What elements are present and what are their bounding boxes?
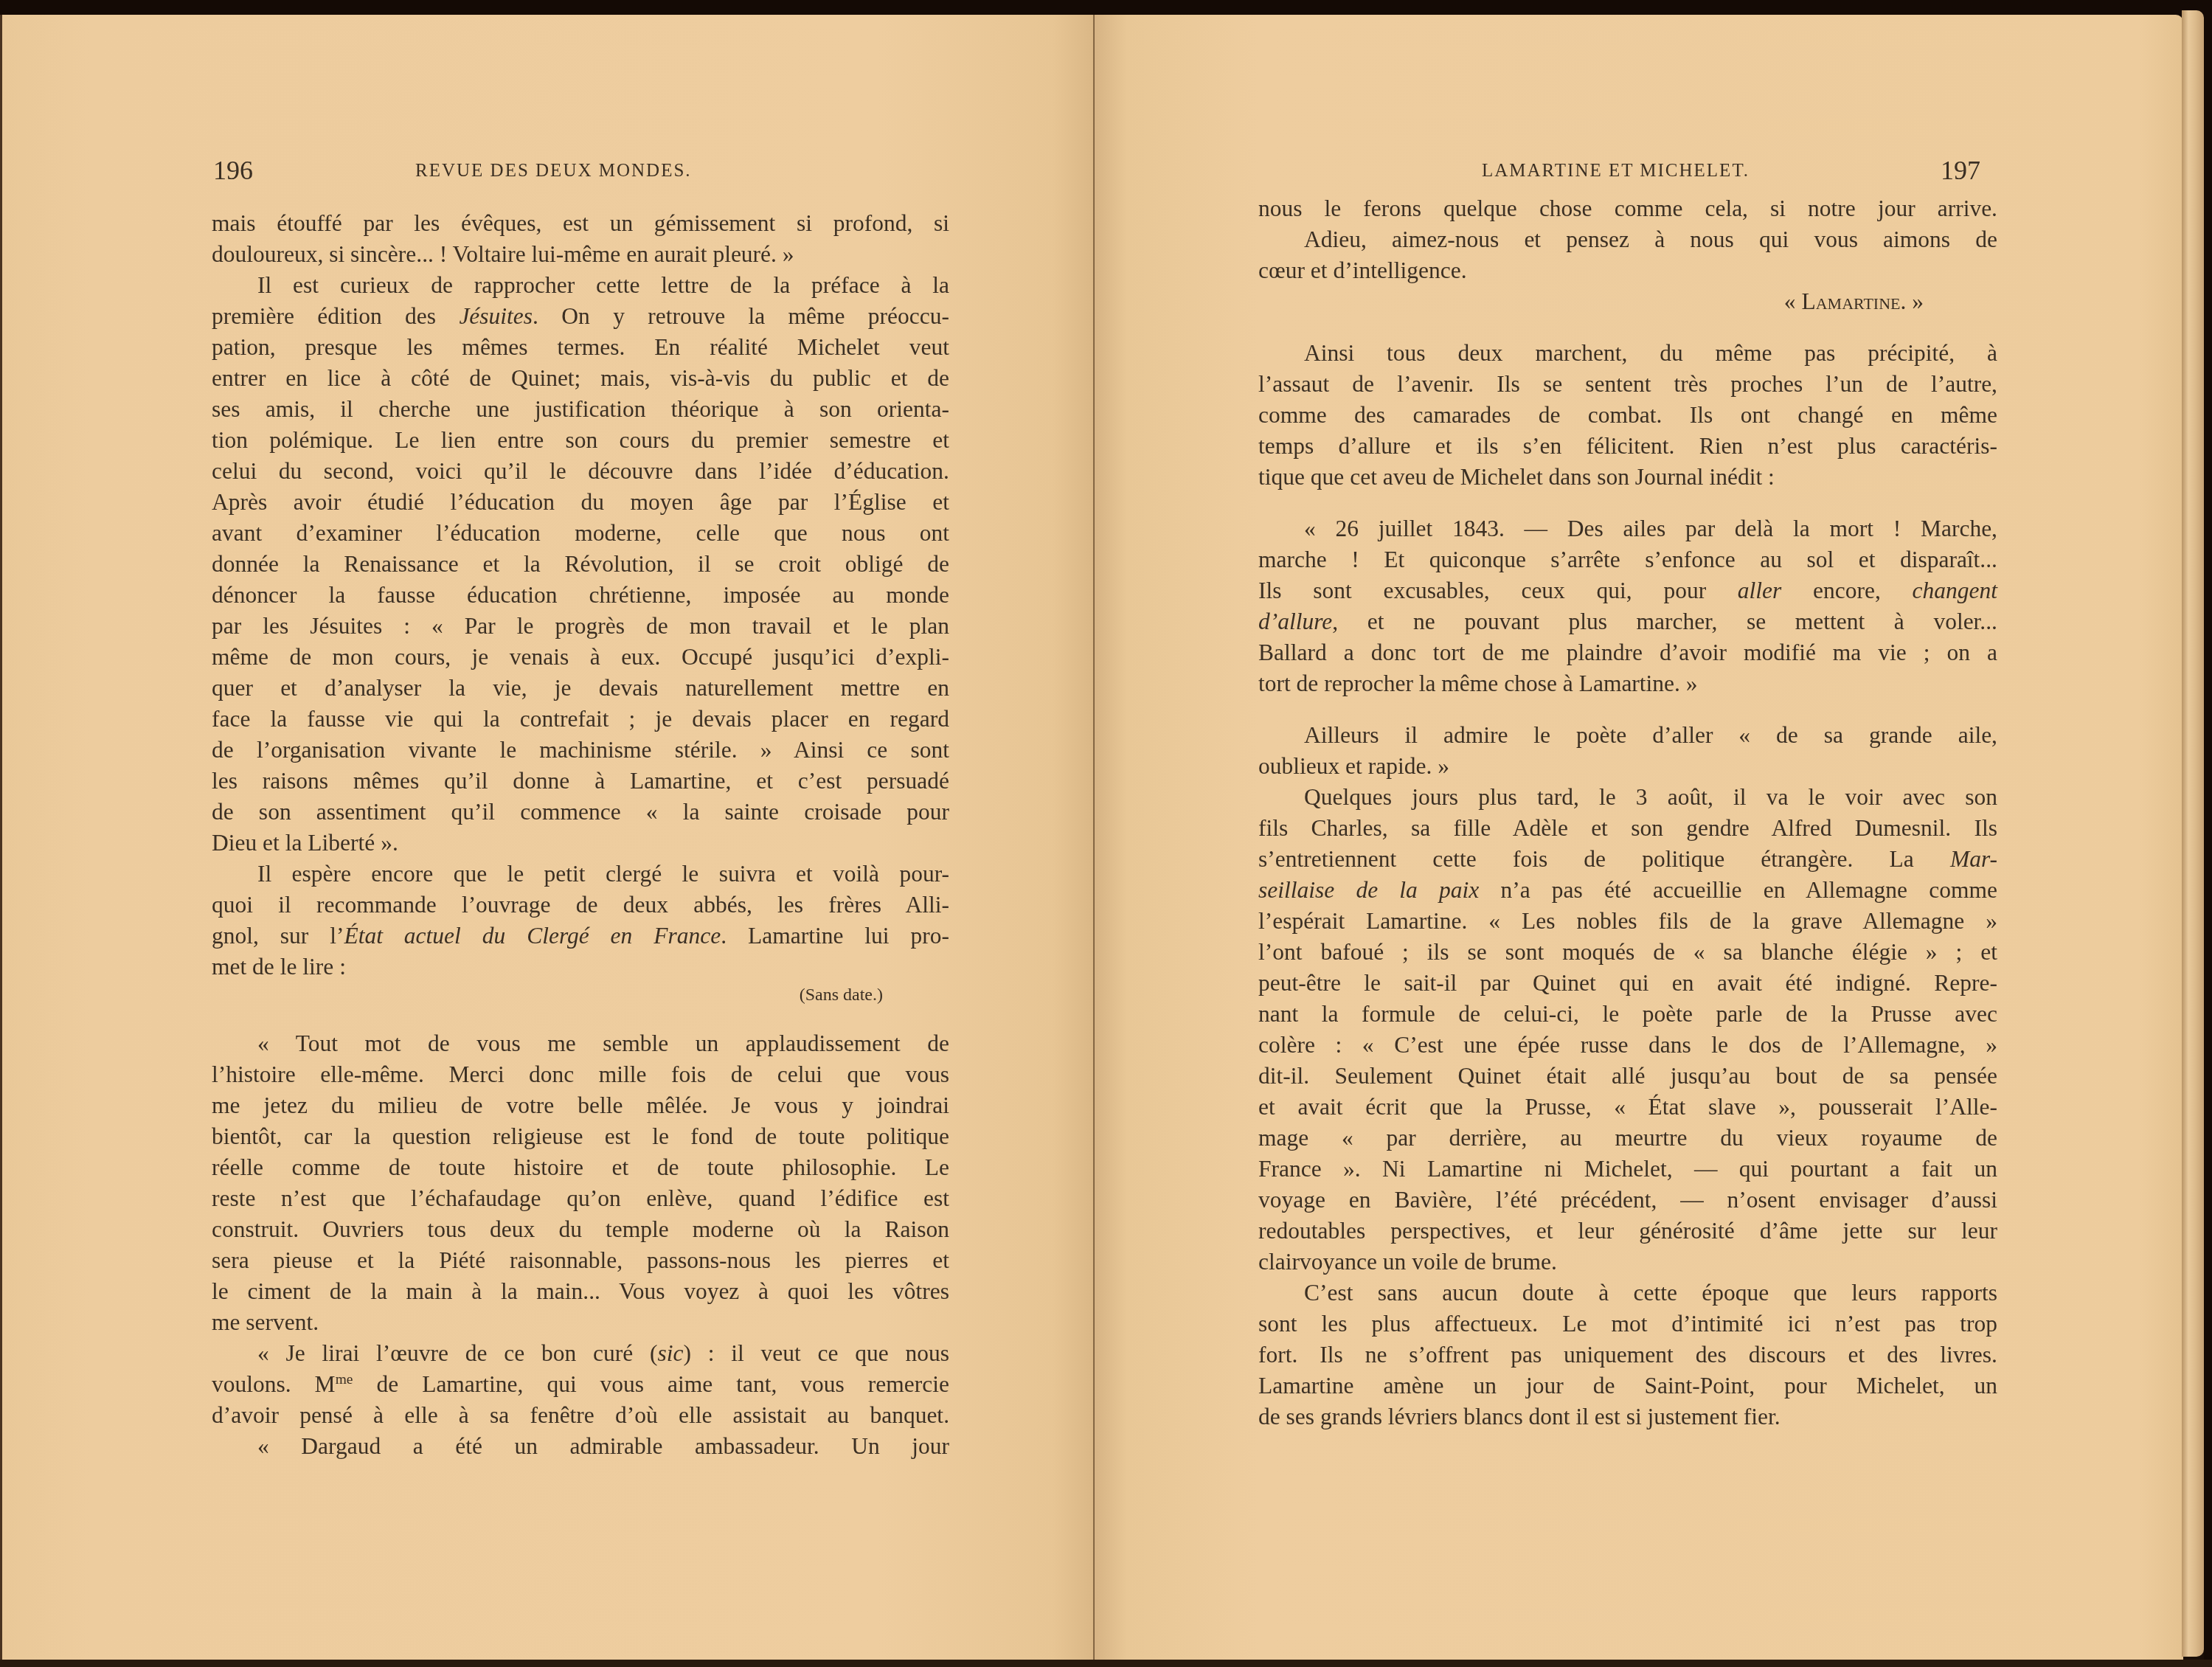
text-line: Dieu et la Liberté ». bbox=[212, 828, 949, 859]
right-page: LAMARTINE ET MICHELET. 197 nous le feron… bbox=[1095, 15, 2183, 1667]
text-line: gnol, sur l’État actuel du Clergé en Fra… bbox=[212, 921, 949, 952]
text-line: le ciment de la main à la main... Vous v… bbox=[212, 1276, 949, 1307]
text-line: cœur et d’intelligence. bbox=[1258, 255, 1997, 286]
letter-paragraph-start: « Je lirai l’œuvre de ce bon curé (sic) … bbox=[212, 1338, 949, 1369]
text-line: voulons. Mme de Lamartine, qui vous aime… bbox=[212, 1369, 949, 1400]
text-line: mage « par derrière, au meurtre du vieux… bbox=[1258, 1123, 1997, 1154]
text-line: l’ont bafoué ; ils se sont moqués de « s… bbox=[1258, 937, 1997, 968]
text-line: de ses grands lévriers blancs dont il es… bbox=[1258, 1401, 1997, 1432]
text-line: marche ! Et quiconque s’arrête s’enfonce… bbox=[1258, 544, 1997, 575]
scan-background-bottom bbox=[0, 1660, 2212, 1667]
text-line: entrer en lice à côté de Quinet; mais, v… bbox=[212, 363, 949, 394]
paragraph-start: Quelques jours plus tard, le 3 août, il … bbox=[1258, 782, 1997, 813]
italic-title: État actuel du Clergé en France bbox=[344, 923, 721, 949]
letter-paragraph-start: « Tout mot de vous me semble un applaudi… bbox=[212, 1028, 949, 1059]
text-line: Après avoir étudié l’éducation du moyen … bbox=[212, 487, 949, 518]
text-line: fils Charles, sa fille Adèle et son gend… bbox=[1258, 813, 1997, 844]
text-line: construit. Ouvriers tous deux du temple … bbox=[212, 1214, 949, 1245]
text-line: même de mon cours, je venais à eux. Occu… bbox=[212, 642, 949, 673]
text-line: réelle comme de toute histoire et de tou… bbox=[212, 1152, 949, 1183]
text-line: l’espérait Lamartine. « Les nobles fils … bbox=[1258, 906, 1997, 937]
text-line: pation, presque les mêmes termes. En réa… bbox=[212, 332, 949, 363]
right-page-body: nous le ferons quelque chose comme cela,… bbox=[1258, 193, 1997, 1432]
text-line: douloureux, si sincère... ! Voltaire lui… bbox=[212, 239, 949, 270]
text-line: fort. Ils ne s’offrent pas uniquement de… bbox=[1258, 1340, 1997, 1370]
text-line: me servent. bbox=[212, 1307, 949, 1338]
page-number-left: 196 bbox=[213, 155, 253, 186]
text-line: s’entretiennent cette fois de politique … bbox=[1258, 844, 1997, 875]
text-line: Ballard a donc tort de me plaindre d’avo… bbox=[1258, 637, 1997, 668]
text-line: oublieux et rapide. » bbox=[1258, 751, 1997, 782]
text-line: ses amis, il cherche une justification t… bbox=[212, 394, 949, 425]
letter-paragraph-start: « Dargaud a été un admirable ambassadeur… bbox=[212, 1431, 949, 1462]
text-line: sera pieuse et la Piété raisonnable, pas… bbox=[212, 1245, 949, 1276]
text-line: l’assaut de l’avenir. Ils se sentent trè… bbox=[1258, 369, 1997, 400]
text-line: par les Jésuites : « Par le progrès de m… bbox=[212, 611, 949, 642]
left-page-body: mais étouffé par les évêques, est un gém… bbox=[212, 208, 949, 1462]
text-line: tort de reprocher la même chose à Lamart… bbox=[1258, 668, 1997, 699]
text-line: l’histoire elle-même. Merci donc mille f… bbox=[212, 1059, 949, 1090]
paragraph-start: Ainsi tous deux marchent, du même pas pr… bbox=[1258, 338, 1997, 369]
running-head-left: REVUE DES DEUX MONDES. bbox=[415, 161, 692, 181]
scan-background-top bbox=[0, 0, 2212, 16]
text-line: quer et d’analyser la vie, je devais nat… bbox=[212, 673, 949, 704]
text-line: sont les plus affectueux. Le mot d’intim… bbox=[1258, 1309, 1997, 1340]
paragraph-start: C’est sans aucun doute à cette époque qu… bbox=[1258, 1278, 1997, 1309]
text-line: Lamartine amène un jour de Saint-Point, … bbox=[1258, 1370, 1997, 1401]
text-line: de son assentiment qu’il commence « la s… bbox=[212, 797, 949, 828]
text-line: voyage en Bavière, l’été précédent, — n’… bbox=[1258, 1185, 1997, 1216]
left-page: 196 REVUE DES DEUX MONDES. mais étouffé … bbox=[0, 15, 1097, 1667]
text-line: les raisons mêmes qu’il donne à Lamartin… bbox=[212, 766, 949, 797]
text-line: celui du second, voici qu’il le découvre… bbox=[212, 456, 949, 487]
text-line: quoi il recommande l’ouvrage de deux abb… bbox=[212, 890, 949, 921]
text-line: France ». Ni Lamartine ni Michelet, — qu… bbox=[1258, 1154, 1997, 1185]
text-line: donnée la Renaissance et la Révolution, … bbox=[212, 549, 949, 580]
text-line: comme des camarades de combat. Ils ont c… bbox=[1258, 400, 1997, 431]
text-line: reste n’est que l’échafaudage qu’on enlè… bbox=[212, 1183, 949, 1214]
text-line: dénoncer la fausse éducation chrétienne,… bbox=[212, 580, 949, 611]
text-line: tique que cet aveu de Michelet dans son … bbox=[1258, 462, 1997, 493]
scan-background-right bbox=[2204, 0, 2212, 1667]
text-line: me jetez du milieu de votre belle mêlée.… bbox=[212, 1090, 949, 1121]
page-number-right: 197 bbox=[1941, 155, 1980, 186]
paragraph-start: Il est curieux de rapprocher cette lettr… bbox=[212, 270, 949, 301]
stacked-page-edges bbox=[2182, 10, 2204, 1657]
paragraph-start: Ailleurs il admire le poète d’aller « de… bbox=[1258, 720, 1997, 751]
text-line: peut-être le sait-il par Quinet qui en a… bbox=[1258, 968, 1997, 999]
text-line: et avait écrit que la Prusse, « État sla… bbox=[1258, 1092, 1997, 1123]
text-line: seillaise de la paix n’a pas été accueil… bbox=[1258, 875, 1997, 906]
text-line: de l’organisation vivante le machinisme … bbox=[212, 735, 949, 766]
text-line: d’avoir pensé à elle à sa fenêtre d’où e… bbox=[212, 1400, 949, 1431]
text-line: met de le lire : bbox=[212, 952, 949, 982]
text-line: redoutables perspectives, et leur généro… bbox=[1258, 1216, 1997, 1247]
paragraph-start: Adieu, aimez-nous et pensez à nous qui v… bbox=[1258, 224, 1997, 255]
letter-date-note: (Sans date.) bbox=[212, 982, 949, 1008]
italic-title: Jésuites bbox=[459, 303, 533, 329]
text-line: bientôt, car la question religieuse est … bbox=[212, 1121, 949, 1152]
text-line: clairvoyance un voile de brume. bbox=[1258, 1247, 1997, 1278]
text-line: temps d’allure et ils s’en félicitent. R… bbox=[1258, 431, 1997, 462]
text-line: tion polémique. Le lien entre son cours … bbox=[212, 425, 949, 456]
text-line: avant d’examiner l’éducation moderne, ce… bbox=[212, 518, 949, 549]
text-line: Ils sont excusables, ceux qui, pour alle… bbox=[1258, 575, 1997, 606]
text-line: mais étouffé par les évêques, est un gém… bbox=[212, 208, 949, 239]
letter-signature: « Lamartine. » bbox=[1258, 286, 1997, 317]
journal-quote-start: « 26 juillet 1843. — Des ailes par delà … bbox=[1258, 513, 1997, 544]
text-line: face la fausse vie qui la contrefait ; j… bbox=[212, 704, 949, 735]
running-head-right: LAMARTINE ET MICHELET. bbox=[1482, 161, 1750, 181]
text-line: dit-il. Seulement Quinet était allé jusq… bbox=[1258, 1061, 1997, 1092]
paragraph-start: Il espère encore que le petit clergé le … bbox=[212, 859, 949, 890]
text-line: colère : « C’est une épée russe dans le … bbox=[1258, 1030, 1997, 1061]
text-line: d’allure, et ne pouvant plus marcher, se… bbox=[1258, 606, 1997, 637]
text-line: première édition des Jésuites. On y retr… bbox=[212, 301, 949, 332]
text-line: nant la formule de celui-ci, le poète pa… bbox=[1258, 999, 1997, 1030]
text-line: nous le ferons quelque chose comme cela,… bbox=[1258, 193, 1997, 224]
